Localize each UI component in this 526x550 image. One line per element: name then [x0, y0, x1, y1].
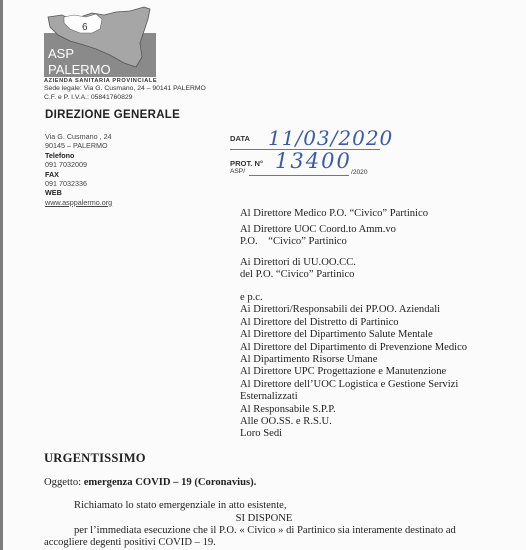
cc-line: Al Dipartimento Risorse Umane	[240, 354, 467, 366]
tax-id: C.F. e P. I.V.A.: 05841760829	[44, 94, 206, 103]
svg-text:PALERMO: PALERMO	[48, 62, 111, 77]
recipient-line: Al Direttore UOC Coord.to Amm.vo	[240, 224, 396, 236]
address-line-1: Via G. Cusmano , 24	[45, 132, 112, 141]
web-label: WEB	[45, 188, 112, 197]
fax-number: 091 7032336	[45, 179, 112, 188]
scan-edge	[0, 0, 3, 550]
cc-line: Ai Direttori/Responsabili dei PP.OO. Azi…	[240, 304, 467, 316]
sender-title: DIREZIONE GENERALE	[45, 109, 180, 121]
cc-label: e p.c.	[240, 292, 467, 304]
cc-recipients: e p.c. Ai Direttori/Responsabili dei PP.…	[240, 292, 467, 441]
recipient-line: Ai Direttori di UU.OO.CC.	[240, 257, 356, 269]
body-paragraph-1: Richiamato lo stato emergenziale in atto…	[44, 500, 514, 511]
recipient-group-3: Ai Direttori di UU.OO.CC. del P.O. “Civi…	[240, 257, 356, 282]
cc-line: Loro Sedi	[240, 428, 467, 440]
cc-line: Al Direttore del Distretto di Partinico	[240, 317, 467, 329]
date-label: DATA	[230, 134, 250, 143]
website-link[interactable]: www.asppalermo.org	[45, 198, 112, 207]
sicily-map-icon: 6 ASP PALERMO	[40, 3, 160, 81]
body-paragraph-2-line-1: per l’immediata esecuzione che il P.O. «…	[44, 525, 514, 536]
cc-line: Al Responsabile S.P.P.	[240, 404, 467, 416]
svg-text:6: 6	[82, 22, 88, 33]
subject-label: Oggetto:	[44, 477, 84, 488]
date-handwritten: 11/03/2020	[268, 126, 393, 150]
urgency-heading: URGENTISSIMO	[44, 451, 146, 466]
cc-line: Al Direttore UPC Progettazione e Manuten…	[240, 366, 467, 378]
subject-text: emergenza COVID – 19 (Coronavius).	[84, 477, 257, 488]
protocol-prefix: ASP/	[230, 168, 245, 175]
recipient-line: del P.O. “Civico” Partinico	[240, 269, 356, 281]
protocol-year: /2020	[351, 169, 368, 176]
phone-label: Telefono	[45, 151, 112, 160]
cc-line: Alle OO.SS. e R.S.U.	[240, 416, 467, 428]
cc-line: Esternalizzati	[240, 391, 467, 403]
recipient-group-2: Al Direttore UOC Coord.to Amm.vo P.O. “C…	[240, 224, 396, 249]
recipient-group-1: Al Direttore Medico P.O. “Civico” Partin…	[240, 208, 428, 220]
dispone-heading: SI DISPONE	[44, 513, 484, 524]
asp-palermo-logo: 6 ASP PALERMO	[40, 3, 160, 81]
cc-line: Al Direttore dell’UOC Logistica e Gestio…	[240, 379, 467, 391]
cc-line: Al Direttore del Dipartimento di Prevenz…	[240, 342, 467, 354]
svg-text:ASP: ASP	[48, 46, 74, 61]
legal-address: Sede legale: Via G. Cusmano, 24 – 90141 …	[44, 85, 206, 102]
protocol-underline	[249, 175, 349, 176]
recipient-line: Al Direttore Medico P.O. “Civico” Partin…	[240, 208, 428, 220]
sede-legale: Sede legale: Via G. Cusmano, 24 – 90141 …	[44, 85, 206, 94]
phone-number: 091 7032009	[45, 160, 112, 169]
sender-contacts: Via G. Cusmano , 24 90145 – PALERMO Tele…	[45, 132, 112, 207]
protocol-label: PROT. N°	[230, 159, 263, 168]
protocol-number-handwritten: 13400	[275, 149, 352, 173]
address-line-2: 90145 – PALERMO	[45, 141, 112, 150]
logo-tagline: AZIENDA SANITARIA PROVINCIALE	[44, 78, 157, 84]
body-paragraph-2-line-2: accogliere degenti positivi COVID – 19.	[44, 537, 484, 548]
cc-line: Al Direttore del Dipartimento Salute Men…	[240, 329, 467, 341]
fax-label: FAX	[45, 170, 112, 179]
subject-line: Oggetto: emergenza COVID – 19 (Coronaviu…	[44, 477, 256, 488]
recipient-line: P.O. “Civico” Partinico	[240, 236, 396, 248]
